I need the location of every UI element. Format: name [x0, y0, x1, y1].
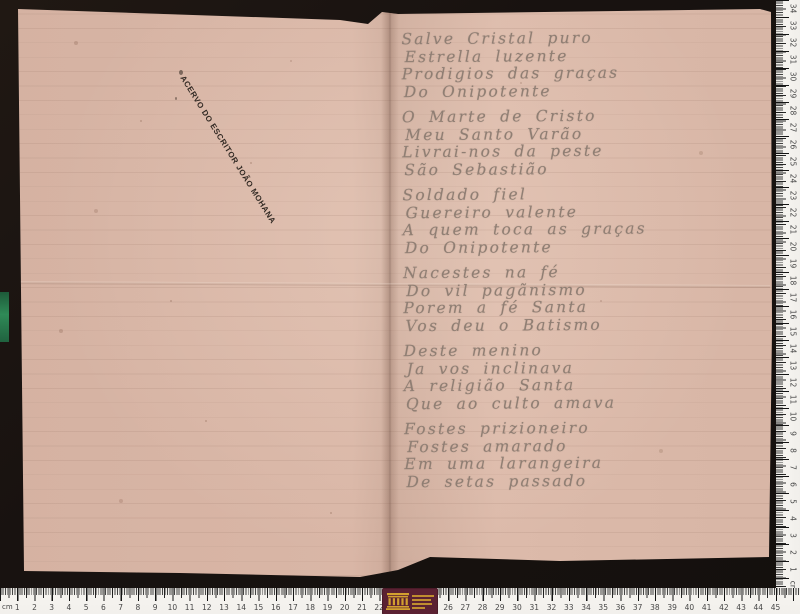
poem-line: De setas passado	[406, 471, 744, 491]
ruler-number: 18	[785, 274, 800, 288]
ruler-number: 20	[785, 240, 800, 254]
ruler-number: 31	[785, 53, 800, 67]
ruler-number: 32	[785, 36, 800, 50]
ruler-number: 45	[767, 603, 784, 612]
ruler-number: 41	[698, 603, 715, 612]
ruler-number: 38	[646, 603, 663, 612]
poem-line: Do Onipotente	[405, 237, 743, 257]
ruler-number: 12	[198, 603, 215, 612]
ruler-number: 28	[474, 603, 491, 612]
ruler-number: 36	[612, 603, 629, 612]
ruler-number: 31	[526, 603, 543, 612]
ruler-number: 10	[785, 410, 800, 424]
ruler-number: 19	[785, 257, 800, 271]
ruler-number: 16	[267, 603, 284, 612]
ruler-number: 27	[457, 603, 474, 612]
poem-stanza: Soldado fiel Guereiro valente A quem toc…	[402, 185, 742, 257]
badge-text-lines	[412, 595, 434, 611]
ruler-number: 10	[164, 603, 181, 612]
archive-building-icon	[386, 593, 410, 610]
ruler-number: 40	[681, 603, 698, 612]
ruler-number: 15	[250, 603, 267, 612]
ruler-number: 43	[732, 603, 749, 612]
ruler-number: 9	[146, 603, 163, 612]
ruler-number: 7	[785, 461, 800, 475]
ink-smudge	[179, 70, 183, 75]
ruler-number: 4	[60, 603, 77, 612]
ruler-number: 30	[785, 70, 800, 84]
ruler-number: 35	[595, 603, 612, 612]
ruler-number: 14	[785, 342, 800, 356]
ruler-number: 5	[78, 603, 95, 612]
archive-stamp: ACERVO DO ESCRITOR JOÃO MOHANA	[178, 74, 277, 225]
poem-stanza: Deste menino Ja vos inclinava A religião…	[404, 341, 744, 413]
center-fold-crease	[381, 0, 399, 614]
ruler-number: 32	[543, 603, 560, 612]
ruler-number: 28	[785, 104, 800, 118]
ruler-number: 33	[560, 603, 577, 612]
ruler-number: 24	[785, 172, 800, 186]
ruler-number: 6	[95, 603, 112, 612]
poem-line: Vos deu o Batismo	[405, 315, 743, 335]
ruler-number: 34	[785, 2, 800, 16]
poem-stanza: Nacestes na fé Do vil pagãnismo Porem a …	[403, 263, 743, 335]
ruler-number: 21	[785, 223, 800, 237]
ruler-number: 37	[629, 603, 646, 612]
ruler-number: 26	[439, 603, 456, 612]
ruler-number: 7	[112, 603, 129, 612]
ruler-number: 42	[715, 603, 732, 612]
ruler-number: 3	[785, 529, 800, 543]
ruler-number: 8	[129, 603, 146, 612]
ruler-number: 16	[785, 308, 800, 322]
ruler-number: 26	[785, 138, 800, 152]
ruler-number: 13	[785, 359, 800, 373]
poem-stanza: O Marte de Cristo Meu Santo Varão Livrai…	[402, 107, 742, 179]
ruler-number: 17	[284, 603, 301, 612]
ruler-number: 34	[577, 603, 594, 612]
ruler-numbers: cm 1234567891011121314151617181920212223…	[786, 0, 800, 595]
ruler-number: 25	[785, 155, 800, 169]
poem-line: Que ao culto amava	[406, 393, 744, 413]
ruler-number: 1	[785, 563, 800, 577]
ruler-number: 27	[785, 121, 800, 135]
ruler-number: 2	[26, 603, 43, 612]
ruler-number: 6	[785, 478, 800, 492]
ruler-number: 29	[491, 603, 508, 612]
ruler-number: 44	[750, 603, 767, 612]
ruler-number: 22	[785, 206, 800, 220]
ruler-number: 2	[785, 546, 800, 560]
ruler-number: 18	[302, 603, 319, 612]
paper-stains	[0, 0, 2, 2]
ruler-number: 8	[785, 444, 800, 458]
ruler-number: 11	[785, 393, 800, 407]
scanned-manuscript-page: ACERVO DO ESCRITOR JOÃO MOHANA Salve Cri…	[0, 0, 800, 614]
ruler-number: 4	[785, 512, 800, 526]
vertical-ruler: cm 1234567891011121314151617181920212223…	[776, 0, 800, 588]
ruler-number: 3	[43, 603, 60, 612]
ruler-number: 12	[785, 376, 800, 390]
ruler-number: 33	[785, 19, 800, 33]
ruler-number: 9	[785, 427, 800, 441]
poem-line: Do Onipotente	[404, 81, 742, 101]
archive-logo-badge	[383, 589, 437, 614]
ruler-number: 13	[215, 603, 232, 612]
binding-green-strip	[0, 292, 9, 342]
ruler-number: 5	[785, 495, 800, 509]
ruler-number: 30	[508, 603, 525, 612]
ruler-number: 15	[785, 325, 800, 339]
poem: Salve Cristal puro Estrella luzente Prod…	[401, 29, 744, 499]
ruler-number: 17	[785, 291, 800, 305]
poem-stanza: Salve Cristal puro Estrella luzente Prod…	[401, 29, 741, 101]
ruler-number: 21	[353, 603, 370, 612]
poem-line: São Sebastião	[404, 159, 742, 179]
ruler-number: 1	[9, 603, 26, 612]
ruler-number: 39	[664, 603, 681, 612]
ruler-number: 11	[181, 603, 198, 612]
ruler-number: 20	[336, 603, 353, 612]
ruler-number: 23	[785, 189, 800, 203]
ruler-number: 29	[785, 87, 800, 101]
ruler-number: 19	[319, 603, 336, 612]
poem-stanza: Fostes prizioneiro Fostes amarado Em uma…	[404, 419, 744, 491]
manuscript-paper: ACERVO DO ESCRITOR JOÃO MOHANA Salve Cri…	[0, 0, 800, 614]
ruler-number: 14	[233, 603, 250, 612]
